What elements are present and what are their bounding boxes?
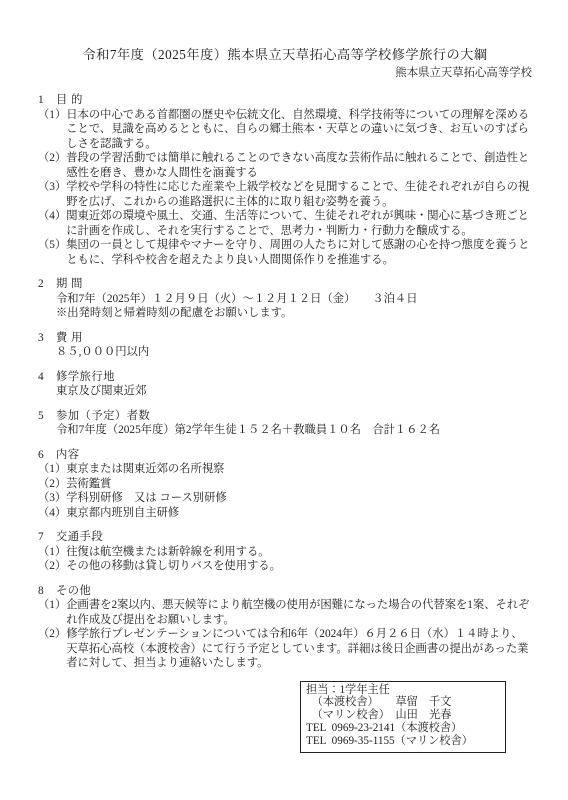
section-transportation: 7 交通手段 （1） 往復は航空機または新幹線を利用する。 （2） その他の移動… bbox=[38, 530, 532, 574]
item-number: （1） bbox=[38, 108, 66, 123]
section-heading: 7 交通手段 bbox=[38, 530, 532, 545]
item-number: （4） bbox=[38, 209, 66, 224]
item-number: （4） bbox=[38, 506, 66, 521]
list-item: （1） 企画書を2案以内、悪天候等により航空機の使用が困難になった場合の代替案を… bbox=[38, 598, 532, 627]
page-subtitle: 熊本県立天草拓心高等学校 bbox=[38, 66, 532, 81]
period-dates: 令和7年（2025年）１２月９日（火）～１２月１２日（金） ３泊４日 bbox=[56, 292, 532, 307]
item-number: （2） bbox=[38, 151, 66, 166]
item-text: 普段の学習活動では簡単に触れることのできない高度な芸術作品に触れることで、創造性… bbox=[66, 151, 532, 180]
item-text: 日本の中心である首都圏の歴史や伝統文化、自然環境、科学技術等についての理解を深め… bbox=[66, 108, 532, 152]
cost-amount: ８５,０００円以内 bbox=[56, 345, 532, 360]
item-text: 修学旅行プレゼンテーションについては令和6年（2024年）６月２６日（水）１４時… bbox=[66, 627, 532, 671]
item-number: （2） bbox=[38, 477, 66, 492]
list-item: （1） 東京または関東近郊の名所視察 bbox=[38, 462, 532, 477]
list-item: （2） 修学旅行プレゼンテーションについては令和6年（2024年）６月２６日（水… bbox=[38, 627, 532, 671]
list-item: （5） 集団の一員として規律やマナーを守り、周囲の人たちに対して感謝の心を持つ態… bbox=[38, 238, 532, 267]
section-other: 8 その他 （1） 企画書を2案以内、悪天候等により航空機の使用が困難になった場… bbox=[38, 584, 532, 671]
list-item: （2） その他の移動は貸し切りバスを使用する。 bbox=[38, 559, 532, 574]
section-heading: 3 費 用 bbox=[38, 331, 532, 346]
contact-role: 担当：1学年主任 bbox=[306, 684, 500, 697]
list-item: （4） 東京都内班別自主研修 bbox=[38, 506, 532, 521]
section-heading: 8 その他 bbox=[38, 584, 532, 599]
section-heading: 1 目 的 bbox=[38, 93, 532, 108]
list-item: （2） 普段の学習活動では簡単に触れることのできない高度な芸術作品に触れることで… bbox=[38, 151, 532, 180]
participants-count: 令和7年度（2025年度）第2学年生徒１５２名＋教職員１０名 合計１６２名 bbox=[56, 423, 532, 438]
list-item: （3） 学校や学科の特性に応じた産業や上級学校などを見聞することで、生徒それぞれ… bbox=[38, 180, 532, 209]
list-item: （3） 学科別研修 又は コース別研修 bbox=[38, 491, 532, 506]
document-page: 令和7年度（2025年度）熊本県立天草拓心高等学校修学旅行の大綱 熊本県立天草拓… bbox=[0, 0, 568, 800]
section-period: 2 期 間 令和7年（2025年）１２月９日（火）～１２月１２日（金） ３泊４日… bbox=[38, 277, 532, 321]
section-contents: 6 内容 （1） 東京または関東近郊の名所視察 （2） 芸術鑑賞 （3） 学科別… bbox=[38, 448, 532, 521]
period-note: ※出発時刻と帰着時刻の配慮をお願いします。 bbox=[56, 306, 532, 321]
item-number: （2） bbox=[38, 627, 66, 642]
item-text: 集団の一員として規律やマナーを守り、周囲の人たちに対して感謝の心を持つ態度を養う… bbox=[66, 238, 532, 267]
item-number: （1） bbox=[38, 545, 66, 560]
item-number: （1） bbox=[38, 598, 66, 613]
list-item: （1） 日本の中心である首都圏の歴史や伝統文化、自然環境、科学技術等についての理… bbox=[38, 108, 532, 152]
destination-text: 東京及び関東近郊 bbox=[56, 384, 532, 399]
page-title: 令和7年度（2025年度）熊本県立天草拓心高等学校修学旅行の大綱 bbox=[38, 45, 532, 65]
list-item: （4） 関東近郊の環境や風土、交通、生活等について、生徒それぞれが興味・関心に基… bbox=[38, 209, 532, 238]
item-number: （2） bbox=[38, 559, 66, 574]
contact-tel-hondo: TEL 0969-23-2141（本渡校舎） bbox=[306, 722, 500, 735]
contact-box: 担当：1学年主任 （本渡校舎） 草留 千文 （マリン校舎） 山田 光春 TEL … bbox=[300, 681, 506, 754]
section-purpose: 1 目 的 （1） 日本の中心である首都圏の歴史や伝統文化、自然環境、科学技術等… bbox=[38, 93, 532, 267]
item-text: 企画書を2案以内、悪天候等により航空機の使用が困難になった場合の代替案を1案、そ… bbox=[66, 598, 532, 627]
item-text: 東京または関東近郊の名所視察 bbox=[66, 462, 532, 477]
list-item: （1） 往復は航空機または新幹線を利用する。 bbox=[38, 545, 532, 560]
list-item: （2） 芸術鑑賞 bbox=[38, 477, 532, 492]
section-heading: 5 参加（予定）者数 bbox=[38, 409, 532, 424]
contact-tel-marine: TEL 0969-35-1155（マリン校舎） bbox=[306, 735, 500, 748]
section-cost: 3 費 用 ８５,０００円以内 bbox=[38, 331, 532, 360]
item-text: 学科別研修 又は コース別研修 bbox=[66, 491, 532, 506]
item-text: その他の移動は貸し切りバスを使用する。 bbox=[66, 559, 532, 574]
section-heading: 2 期 間 bbox=[38, 277, 532, 292]
section-destination: 4 修学旅行地 東京及び関東近郊 bbox=[38, 370, 532, 399]
section-heading: 6 内容 bbox=[38, 448, 532, 463]
item-number: （1） bbox=[38, 462, 66, 477]
item-number: （5） bbox=[38, 238, 66, 253]
contact-person-hondo: （本渡校舎） 草留 千文 bbox=[306, 696, 500, 709]
section-participants: 5 参加（予定）者数 令和7年度（2025年度）第2学年生徒１５２名＋教職員１０… bbox=[38, 409, 532, 438]
item-number: （3） bbox=[38, 491, 66, 506]
section-heading: 4 修学旅行地 bbox=[38, 370, 532, 385]
item-text: 往復は航空機または新幹線を利用する。 bbox=[66, 545, 532, 560]
item-text: 東京都内班別自主研修 bbox=[66, 506, 532, 521]
item-text: 関東近郊の環境や風土、交通、生活等について、生徒それぞれが興味・関心に基づき班ご… bbox=[66, 209, 532, 238]
item-number: （3） bbox=[38, 180, 66, 195]
item-text: 芸術鑑賞 bbox=[66, 477, 532, 492]
contact-person-marine: （マリン校舎） 山田 光春 bbox=[306, 709, 500, 722]
item-text: 学校や学科の特性に応じた産業や上級学校などを見聞することで、生徒それぞれが自らの… bbox=[66, 180, 532, 209]
